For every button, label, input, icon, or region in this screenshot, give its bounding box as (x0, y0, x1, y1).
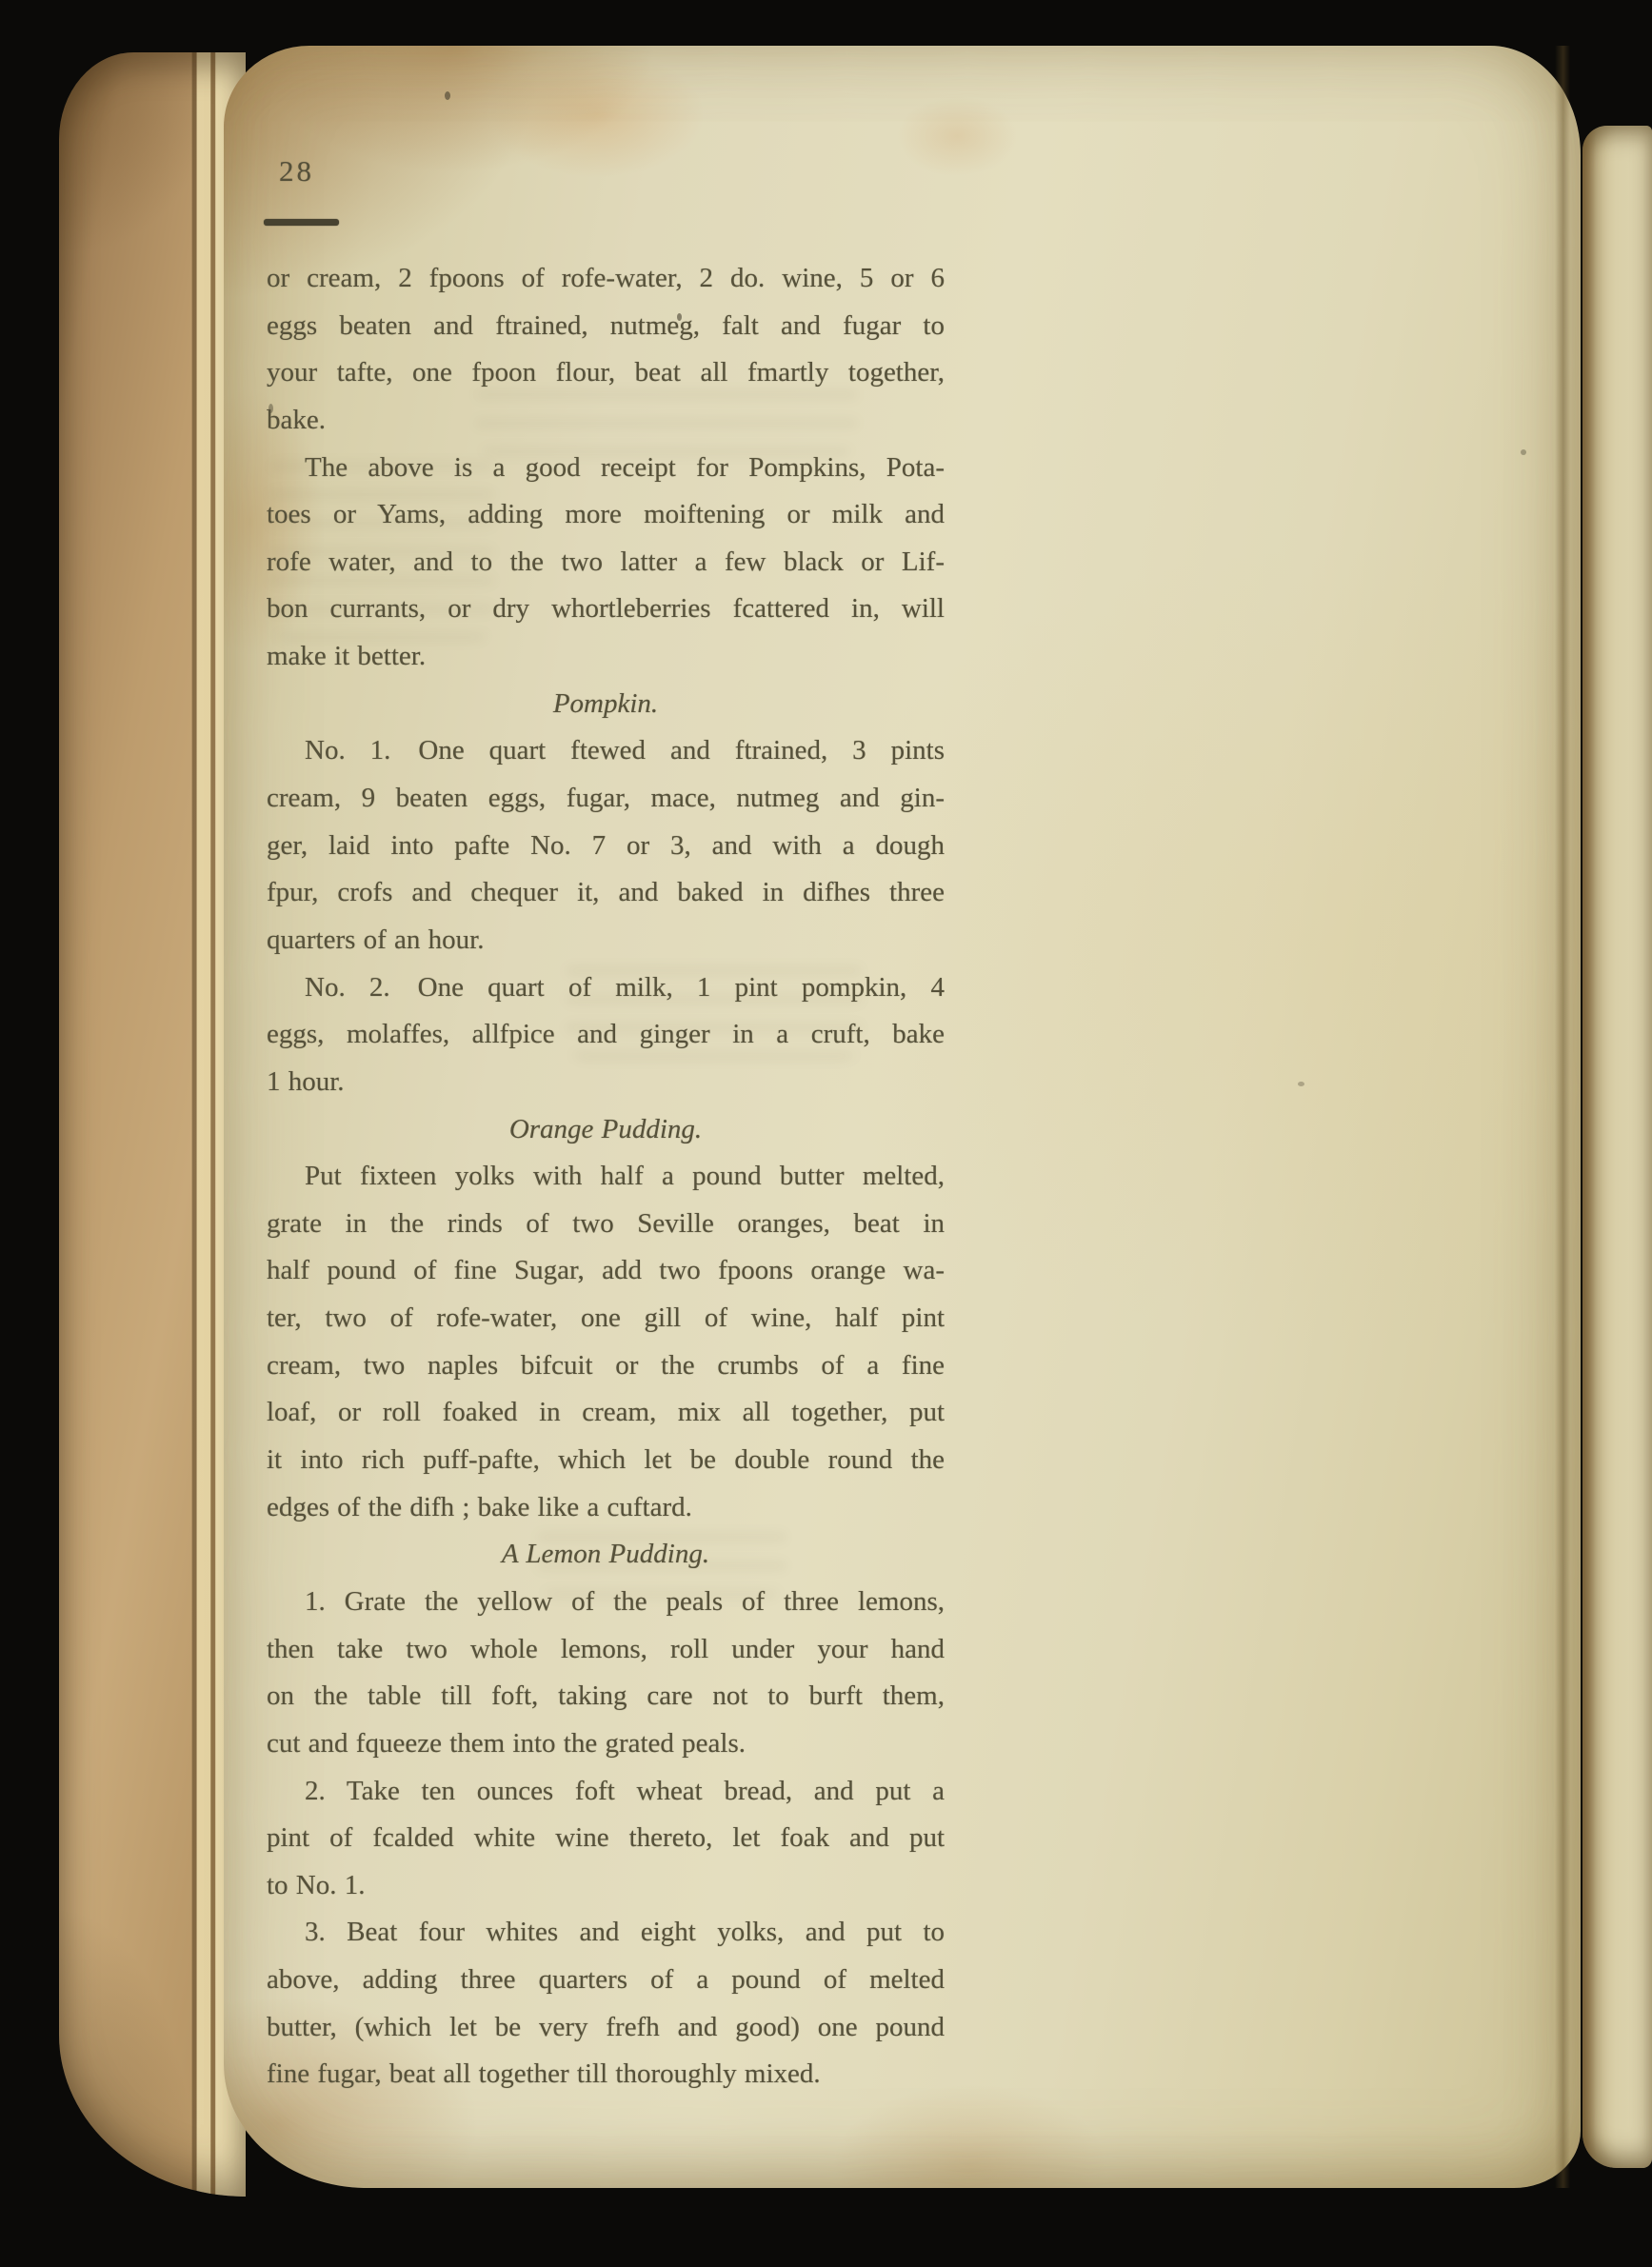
ink-speck (445, 91, 450, 100)
text-line: Put fixteen yolks with half a pound butt… (267, 1153, 945, 1201)
text-line: quarters of an hour. (267, 917, 945, 964)
text-line: ger, laid into pafte No. 7 or 3, and wit… (267, 823, 945, 870)
text-line: ter, two of rofe-water, one gill of wine… (267, 1295, 945, 1342)
book-scan: 28 or cream, 2 fpoons of rofe-water, 2 d… (0, 0, 1652, 2267)
text-line: cut and fqueeze them into the grated pea… (267, 1720, 945, 1768)
text-line: rofe water, and to the two latter a few … (267, 539, 945, 587)
page-text: or cream, 2 fpoons of rofe-water, 2 do. … (267, 255, 945, 2098)
recipe-paragraph: 3. Beat four whites and eight yolks, and… (267, 1909, 945, 2098)
recipe-paragraph: 1. Grate the yellow of the peals of thre… (267, 1579, 945, 1768)
recipe-paragraph: or cream, 2 fpoons of rofe-water, 2 do. … (267, 255, 945, 445)
text-line: then take two whole lemons, roll under y… (267, 1626, 945, 1674)
text-line: edges of the difh ; bake like a cuftard. (267, 1484, 945, 1532)
text-line: or cream, 2 fpoons of rofe-water, 2 do. … (267, 255, 945, 303)
ink-speck (1521, 449, 1526, 455)
text-line: on the table till foft, taking care not … (267, 1673, 945, 1720)
text-line: No. 1. One quart ftewed and ftrained, 3 … (267, 727, 945, 775)
text-line: No. 2. One quart of milk, 1 pint pompkin… (267, 964, 945, 1012)
recipe-paragraph: 2. Take ten ounces foft wheat bread, and… (267, 1768, 945, 1910)
text-line: to No. 1. (267, 1862, 945, 1910)
text-line: cream, 9 beaten eggs, fugar, mace, nutme… (267, 775, 945, 823)
text-line: loaf, or roll foaked in cream, mix all t… (267, 1389, 945, 1437)
recipe-paragraph: No. 2. One quart of milk, 1 pint pompkin… (267, 964, 945, 1106)
text-line: grate in the rinds of two Seville orange… (267, 1201, 945, 1248)
text-line: eggs, molaffes, allfpice and ginger in a… (267, 1011, 945, 1059)
heading-line: Orange Pudding. (267, 1106, 945, 1154)
adjacent-page-edge (1582, 126, 1652, 2168)
book-page: 28 or cream, 2 fpoons of rofe-water, 2 d… (224, 46, 1581, 2188)
page-number: 28 (279, 154, 314, 189)
recipe-heading: Orange Pudding. (267, 1106, 945, 1154)
text-line: fpur, crofs and chequer it, and baked in… (267, 869, 945, 917)
text-line: above, adding three quarters of a pound … (267, 1957, 945, 2004)
ink-speck (1298, 1082, 1304, 1086)
text-line: 1. Grate the yellow of the peals of thre… (267, 1579, 945, 1626)
text-line: make it better. (267, 633, 945, 681)
recipe-heading: A Lemon Pudding. (267, 1531, 945, 1579)
text-line: toes or Yams, adding more moiftening or … (267, 491, 945, 539)
text-line: fine fugar, beat all together till thoro… (267, 2051, 945, 2098)
text-line: 1 hour. (267, 1059, 945, 1106)
text-line: cream, two naples bifcuit or the crumbs … (267, 1342, 945, 1390)
text-line: bake. (267, 397, 945, 445)
text-line: butter, (which let be very frefh and goo… (267, 2004, 945, 2052)
text-line: pint of fcalded white wine thereto, let … (267, 1815, 945, 1862)
page-fold-shadow (1555, 46, 1570, 2188)
text-line: bon currants, or dry whortleberries fcat… (267, 586, 945, 633)
text-line: half pound of fine Sugar, add two fpoons… (267, 1247, 945, 1295)
recipe-paragraph: No. 1. One quart ftewed and ftrained, 3 … (267, 727, 945, 964)
heading-line: Pompkin. (267, 681, 945, 728)
text-line: The above is a good receipt for Pompkins… (267, 445, 945, 492)
recipe-paragraph: Put fixteen yolks with half a pound butt… (267, 1153, 945, 1531)
text-line: your tafte, one fpoon flour, beat all fm… (267, 349, 945, 397)
page-rule (264, 219, 339, 226)
text-line: 3. Beat four whites and eight yolks, and… (267, 1909, 945, 1957)
recipe-paragraph: The above is a good receipt for Pompkins… (267, 445, 945, 681)
text-line: 2. Take ten ounces foft wheat bread, and… (267, 1768, 945, 1816)
heading-line: A Lemon Pudding. (267, 1531, 945, 1579)
page-stack-edge (59, 52, 246, 2197)
text-line: it into rich puff-pafte, which let be do… (267, 1437, 945, 1484)
text-line: eggs beaten and ftrained, nutmeg, falt a… (267, 303, 945, 350)
recipe-heading: Pompkin. (267, 681, 945, 728)
